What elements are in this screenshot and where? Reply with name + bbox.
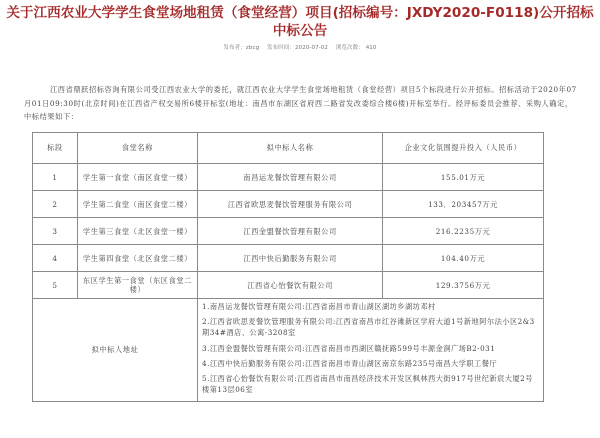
cell-lot: 4 xyxy=(33,245,78,272)
address-item: 2.江西省欧思麦餐饮管理服务有限公司:江西省南昌市红谷滩新区学府大道1号新地阿尔… xyxy=(202,316,539,338)
view-count: 浏览次数： 410 xyxy=(336,45,377,51)
address-label: 拟中标人地址 xyxy=(33,299,198,402)
publisher: 发布者：zbcg xyxy=(223,45,259,51)
header-canteen: 食堂名称 xyxy=(77,133,197,164)
header-amount: 企业文化氛围提升投入（人民币） xyxy=(383,133,544,164)
intro-paragraph: 江西省鼎跃招标咨询有限公司受江西农业大学的委托，就江西农业大学学生食堂场地租赁（… xyxy=(24,83,579,124)
cell-bidder: 江西省欧思麦餐饮管理服务有限公司 xyxy=(198,191,383,218)
cell-lot: 2 xyxy=(33,191,78,218)
table-row: 5 东区学生第一食堂（东区食堂二楼） 江西省心怡餐饮有限公司 129.3756万… xyxy=(33,272,544,299)
cell-bidder: 江西金盟餐饮管理有限公司 xyxy=(198,218,383,245)
table-row: 4 学生第四食堂（北区食堂二楼） 江西中快后勤服务有限公司 104.40万元 xyxy=(33,245,544,272)
cell-amount: 216.2235万元 xyxy=(383,218,544,245)
cell-amount: 155.01万元 xyxy=(383,164,544,191)
cell-canteen: 东区学生第一食堂（东区食堂二楼） xyxy=(77,272,197,299)
address-list: 1.南昌运龙餐饮管理有限公司:江西省南昌市青山湖区湖坊乡湖坊邓村 2.江西省欧思… xyxy=(198,299,544,402)
cell-amount: 133．203457万元 xyxy=(383,191,544,218)
intro-text: 江西省鼎跃招标咨询有限公司受江西农业大学的委托，就江西农业大学学生食堂场地租赁（… xyxy=(24,83,579,124)
bid-result-table: 标段 食堂名称 拟中标人名称 企业文化氛围提升投入（人民币） 1 学生第一食堂（… xyxy=(32,132,544,402)
cell-lot: 3 xyxy=(33,218,78,245)
table-row: 2 学生第二食堂（南区食堂二楼） 江西省欧思麦餐饮管理服务有限公司 133．20… xyxy=(33,191,544,218)
cell-canteen: 学生第四食堂（北区食堂二楼） xyxy=(77,245,197,272)
title-line-1: 关于江西农业大学学生食堂场地租赁（食堂经营）项目(招标编号：JXDY2020-F… xyxy=(0,4,600,22)
cell-bidder: 南昌运龙餐饮管理有限公司 xyxy=(198,164,383,191)
table-row: 3 学生第三食堂（北区食堂一楼） 江西金盟餐饮管理有限公司 216.2235万元 xyxy=(33,218,544,245)
address-item: 5.江西省心怡餐饮有限公司:江西省南昌市南昌经济技术开发区枫林西大街917号世纪… xyxy=(202,373,539,395)
article-meta: 发布者：zbcg 发布时间：2020-07-02 浏览次数： 410 xyxy=(0,43,600,51)
header-lot: 标段 xyxy=(33,133,78,164)
address-item: 3.江西金盟餐饮管理有限公司:江西省南昌市西湖区赣抚路599号丰源金涧广场B2-… xyxy=(202,343,539,354)
cell-canteen: 学生第三食堂（北区食堂一楼） xyxy=(77,218,197,245)
table-header-row: 标段 食堂名称 拟中标人名称 企业文化氛围提升投入（人民币） xyxy=(33,133,544,164)
cell-lot: 1 xyxy=(33,164,78,191)
cell-canteen: 学生第一食堂（南区食堂一楼） xyxy=(77,164,197,191)
address-row: 拟中标人地址 1.南昌运龙餐饮管理有限公司:江西省南昌市青山湖区湖坊乡湖坊邓村 … xyxy=(33,299,544,402)
cell-canteen: 学生第二食堂（南区食堂二楼） xyxy=(77,191,197,218)
header-bidder: 拟中标人名称 xyxy=(198,133,383,164)
address-item: 4.江西中快后勤服务有限公司:江西省南昌市青山湖区南京东路235号南昌大学职工餐… xyxy=(202,358,539,369)
publish-time: 发布时间：2020-07-02 xyxy=(267,45,328,51)
title-line-2: 中标公告 xyxy=(0,22,600,40)
cell-bidder: 江西中快后勤服务有限公司 xyxy=(198,245,383,272)
address-item: 1.南昌运龙餐饮管理有限公司:江西省南昌市青山湖区湖坊乡湖坊邓村 xyxy=(202,301,539,312)
page-title: 关于江西农业大学学生食堂场地租赁（食堂经营）项目(招标编号：JXDY2020-F… xyxy=(0,4,600,40)
table-row: 1 学生第一食堂（南区食堂一楼） 南昌运龙餐饮管理有限公司 155.01万元 xyxy=(33,164,544,191)
cell-lot: 5 xyxy=(33,272,78,299)
cell-amount: 104.40万元 xyxy=(383,245,544,272)
cell-bidder: 江西省心怡餐饮有限公司 xyxy=(198,272,383,299)
cell-amount: 129.3756万元 xyxy=(383,272,544,299)
